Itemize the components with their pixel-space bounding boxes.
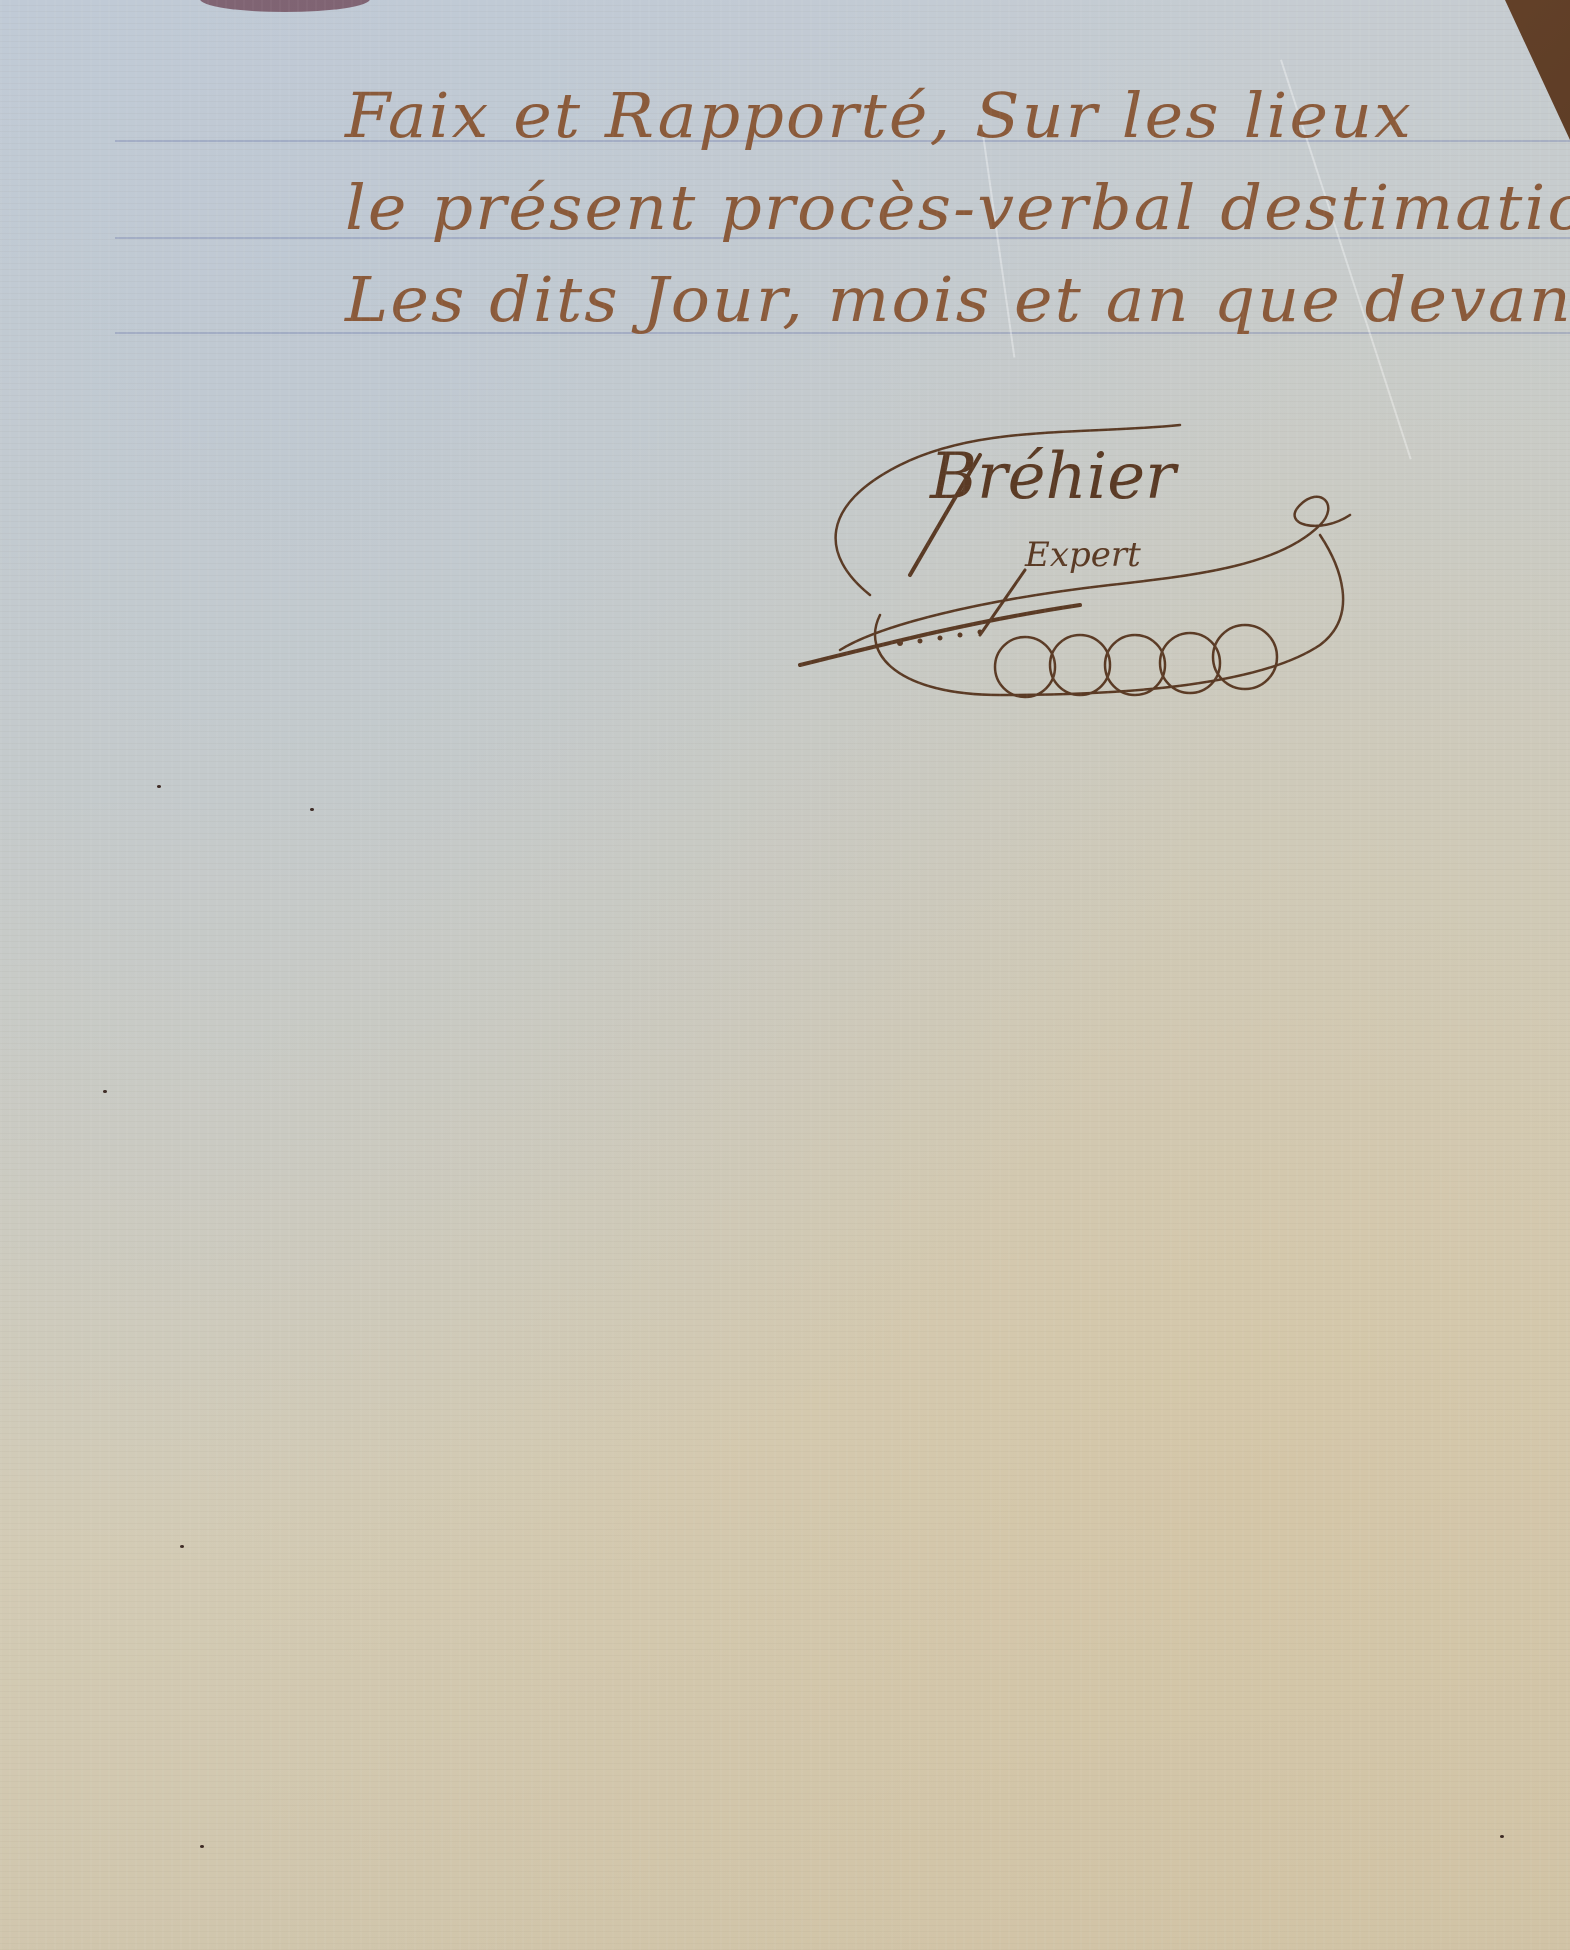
document-photo: Faix et Rapporté, Sur les lieux le prése… <box>0 0 1570 1950</box>
signature-name: Bréhier <box>930 440 1176 514</box>
paper-sheet: Faix et Rapporté, Sur les lieux le prése… <box>0 0 1570 1950</box>
handwritten-text: Faix et Rapporté, Sur les lieux le prése… <box>345 70 1565 346</box>
paper-speck <box>103 1090 107 1093</box>
paper-speck <box>200 1845 204 1848</box>
text-line: Les dits Jour, mois et an que devant <box>345 254 1570 346</box>
text-line: le présent procès-verbal destimation <box>345 162 1570 254</box>
signature-title: Expert <box>1025 535 1141 575</box>
paper-speck <box>310 808 314 811</box>
paper-speck <box>180 1545 184 1548</box>
paper-speck <box>1500 1835 1504 1838</box>
paper-speck <box>157 785 161 788</box>
signature-block: Bréhier Expert <box>780 395 1380 705</box>
text-line: Faix et Rapporté, Sur les lieux <box>345 70 1570 162</box>
ink-stain <box>200 0 370 12</box>
